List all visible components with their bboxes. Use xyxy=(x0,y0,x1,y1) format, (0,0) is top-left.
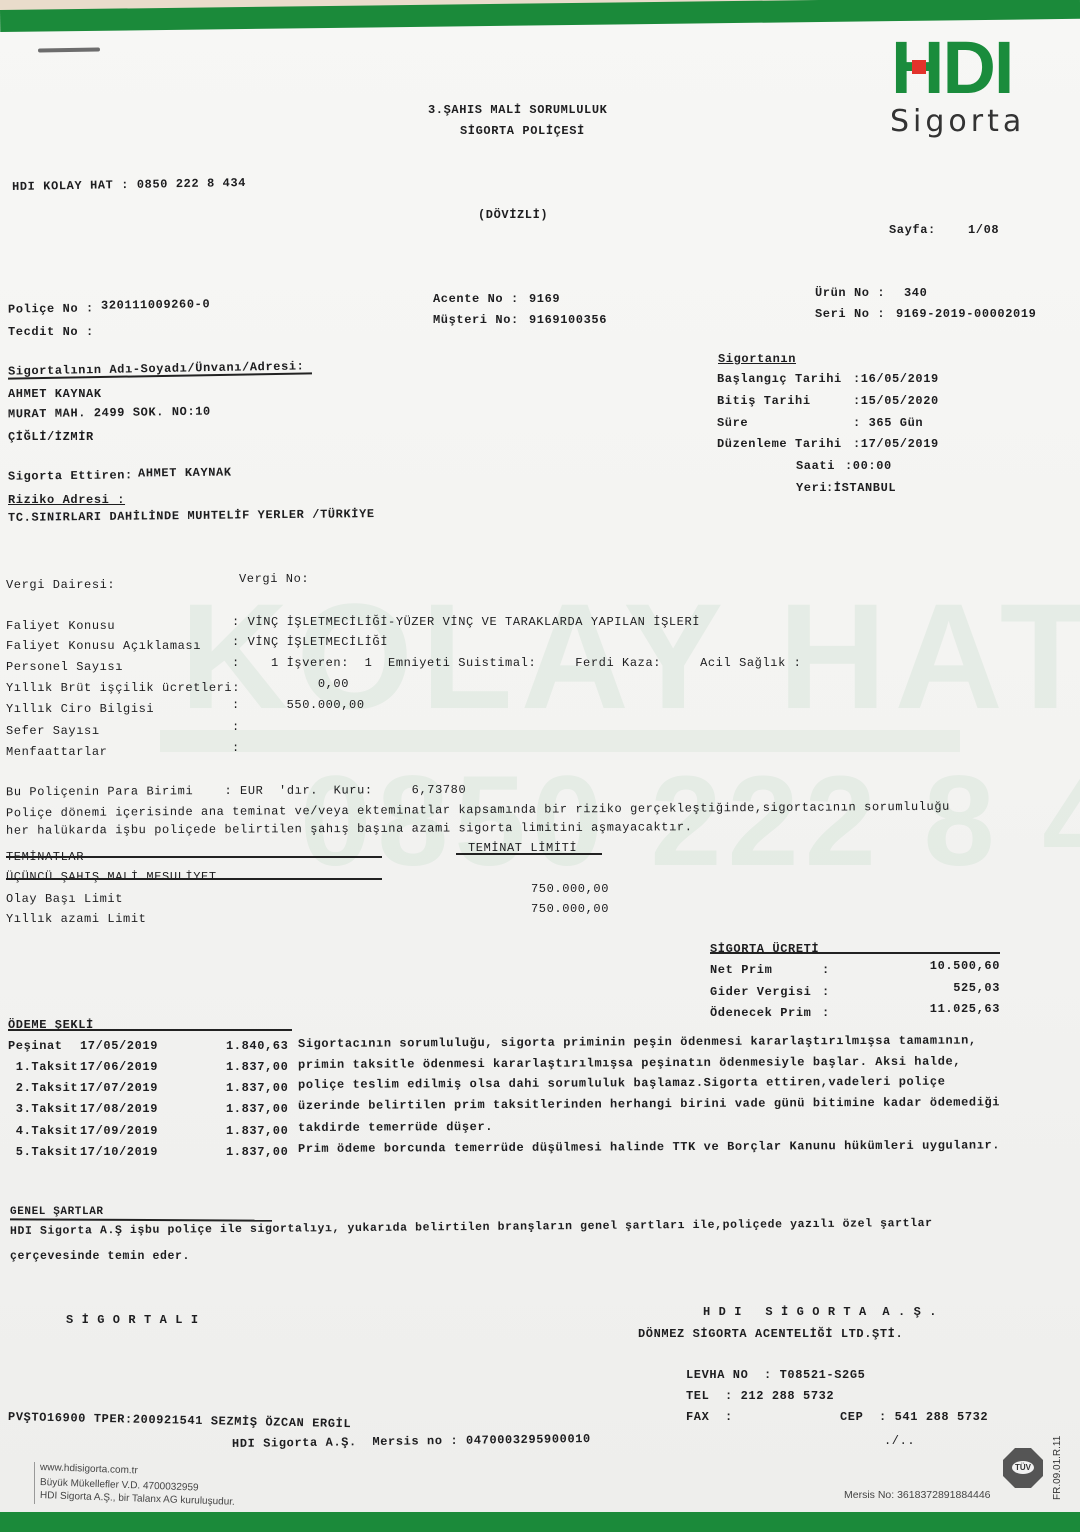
tecdit-no-label: Tecdit No : xyxy=(8,325,94,339)
acente-no: 9169 xyxy=(529,292,560,306)
installment-label: Peşinat xyxy=(8,1039,63,1053)
activity-label: Personel Sayısı xyxy=(6,660,123,674)
urun-no-label: Ürün No : xyxy=(815,286,885,300)
talanx-line: HDI Sigorta A.Ş., bir Talanx AG kuruluşu… xyxy=(40,1490,235,1508)
premium-label: Gider Vergisi xyxy=(710,985,811,999)
premium-value: 525,03 xyxy=(880,981,1000,995)
coverage-value: 750.000,00 xyxy=(531,882,609,896)
activity-value: : 1 İşveren: 1 Emniyeti Suistimal: Ferdi… xyxy=(232,656,802,670)
page-number: 1/08 xyxy=(968,223,999,237)
installment-label: 4.Taksit xyxy=(8,1124,78,1138)
term-value: : 365 Gün xyxy=(853,416,923,430)
insured-address-line2: ÇİĞLİ/İZMİR xyxy=(8,430,94,444)
activity-label: Menfaattarlar xyxy=(6,745,107,759)
dovizli-label: (DÖVİZLİ) xyxy=(478,208,548,222)
activity-value: : 550.000,00 xyxy=(232,698,365,712)
general-terms-line2: çerçevesinde temin eder. xyxy=(10,1250,190,1263)
installment-amount: 1.837,00 xyxy=(226,1060,288,1074)
payment-note: takdirde temerrüde düşer. xyxy=(298,1120,493,1135)
staple-mark xyxy=(38,47,100,52)
installment-date: 17/07/2019 xyxy=(80,1081,158,1095)
installment-label: 5.Taksit xyxy=(8,1145,78,1159)
urun-no: 340 xyxy=(904,286,927,300)
notice-line2: her halükarda işbu poliçede belirtilen ş… xyxy=(6,820,693,838)
installment-amount: 1.837,00 xyxy=(226,1102,288,1116)
acente-no-label: Acente No : xyxy=(433,292,519,306)
hdi-logo: HDI xyxy=(891,38,1012,98)
coverage-heading-line xyxy=(6,856,382,858)
activity-label: Sefer Sayısı xyxy=(6,724,100,738)
payment-note: Sigortacının sorumluluğu, sigorta primin… xyxy=(298,1033,977,1051)
coverage-section-line xyxy=(6,878,382,880)
payment-note: üzerinde belirtilen prim taksitlerinden … xyxy=(298,1095,1000,1113)
installment-date: 17/10/2019 xyxy=(80,1145,158,1159)
police-no-label: Poliçe No : xyxy=(8,301,94,316)
doc-title-line2: SİGORTA POLİÇESİ xyxy=(460,124,585,138)
installment-date: 17/08/2019 xyxy=(80,1102,158,1116)
agency-tel: TEL : 212 288 5732 xyxy=(686,1389,834,1403)
agency-cep: CEP : 541 288 5732 xyxy=(840,1410,988,1424)
payment-note: poliçe teslim edilmiş olsa dahi sorumlul… xyxy=(298,1075,946,1092)
installment-date: 17/05/2019 xyxy=(80,1039,158,1053)
term-label: Yeri xyxy=(796,481,827,495)
installment-label: 2.Taksit xyxy=(8,1081,78,1095)
payment-heading-line xyxy=(8,1029,292,1031)
term-value: :17/05/2019 xyxy=(853,437,939,451)
premium-value: 11.025,63 xyxy=(880,1002,1000,1016)
agent-line: PVŞTO16900 TPER:200921541 SEZMİŞ ÖZCAN E… xyxy=(8,1410,351,1431)
term-label: Saati xyxy=(796,459,835,473)
payment-note: primin taksitle ödenmesi kararlaştırılmı… xyxy=(298,1054,961,1071)
activity-value: 0,00 xyxy=(232,677,349,691)
page-label: Sayfa: xyxy=(889,223,936,237)
kolay-hat: HDI KOLAY HAT : 0850 222 8 434 xyxy=(12,176,246,194)
company-signature: H D I S İ G O R T A A . Ş . xyxy=(703,1305,937,1319)
premium-label: Net Prim xyxy=(710,963,772,977)
activity-value: : VİNÇ İŞLETMECİLİĞİ-YÜZER VİNÇ VE TARAK… xyxy=(232,615,700,629)
term-label: Düzenleme Tarihi xyxy=(717,437,842,451)
watermark-bar xyxy=(160,730,960,752)
mersis-no: Mersis No: 3618372891884446 xyxy=(844,1489,991,1501)
premium-label: Ödenecek Prim xyxy=(710,1006,811,1020)
activity-value: : VİNÇ İŞLETMECİLİĞİ xyxy=(232,635,388,649)
coverage-label: Olay Başı Limit xyxy=(6,892,123,906)
general-terms-line xyxy=(10,1218,272,1221)
agency-name: DÖNMEZ SİGORTA ACENTELİĞİ LTD.ŞTİ. xyxy=(638,1327,903,1341)
hdi-logo-subtitle: Sigorta xyxy=(890,104,1025,139)
activity-value: : xyxy=(232,741,240,755)
installment-date: 17/09/2019 xyxy=(80,1124,158,1138)
activity-label: Yıllık Ciro Bilgisi xyxy=(6,702,154,716)
police-no: 320111009260-0 xyxy=(101,297,210,313)
insured-name: AHMET KAYNAK xyxy=(8,387,102,401)
continued-mark: ./.. xyxy=(884,1434,915,1448)
policy-document: KOLAY HAT 0850 222 8 434 HDI Sigorta 3.Ş… xyxy=(0,0,1080,1532)
term-value: :00:00 xyxy=(845,459,892,473)
coverage-section: ÜÇÜNCÜ ŞAHIŞ MALİ MESULİYET xyxy=(6,870,217,884)
installment-amount: 1.840,63 xyxy=(226,1039,288,1053)
vergi-no-label: Vergi No: xyxy=(239,572,309,586)
activity-value: : xyxy=(232,720,240,734)
riziko-heading: Riziko Adresi : xyxy=(8,493,125,507)
term-value: :İSTANBUL xyxy=(826,481,896,495)
coverage-value: 750.000,00 xyxy=(531,902,609,916)
term-label: Bitiş Tarihi xyxy=(717,394,811,408)
premium-colon: : xyxy=(822,985,830,999)
tuv-certification-icon: TÜV xyxy=(1003,1448,1043,1488)
ettiren-name: AHMET KAYNAK xyxy=(138,466,232,481)
premium-heading-line xyxy=(710,952,1000,954)
footer-divider xyxy=(34,1462,35,1504)
form-code: FR.09.01.R.11 xyxy=(1052,1436,1063,1500)
mersis-line: HDI Sigorta A.Ş. Mersis no : 04700032959… xyxy=(232,1432,591,1451)
currency-line: Bu Poliçenin Para Birimi : EUR 'dır. Kur… xyxy=(6,783,466,799)
installment-amount: 1.837,00 xyxy=(226,1081,288,1095)
term-heading: Sigortanın xyxy=(718,352,796,366)
vergi-dairesi-label: Vergi Dairesi: xyxy=(6,578,115,592)
term-value: :15/05/2020 xyxy=(853,394,939,408)
insured-signature: S İ G O R T A L I xyxy=(66,1313,199,1327)
website: www.hdisigorta.com.tr xyxy=(40,1462,138,1476)
activity-label: Yıllık Brüt işçilik ücretleri: xyxy=(6,681,240,695)
seri-no: 9169-2019-00002019 xyxy=(896,307,1036,321)
insured-address-line1: MURAT MAH. 2499 SOK. NO:10 xyxy=(8,405,211,422)
bottom-green-bar xyxy=(0,1512,1080,1532)
musteri-no-label: Müşteri No: xyxy=(433,313,519,327)
installment-label: 1.Taksit xyxy=(8,1060,78,1074)
levha-no: LEVHA NO : T08521-S2G5 xyxy=(686,1368,865,1382)
payment-note: Prim ödeme borcunda temerrüde düşülmesi … xyxy=(298,1138,1000,1156)
activity-label: Faliyet Konusu Açıklaması xyxy=(6,639,201,653)
term-value: :16/05/2019 xyxy=(853,372,939,386)
notice-line1: Poliçe dönemi içerisinde ana teminat ve/… xyxy=(6,800,950,821)
premium-value: 10.500,60 xyxy=(880,959,1000,973)
premium-heading: SİGORTA ÜCRETİ xyxy=(710,942,819,956)
term-label: Başlangıç Tarihi xyxy=(717,372,842,386)
installment-label: 3.Taksit xyxy=(8,1102,78,1116)
agency-fax: FAX : xyxy=(686,1410,733,1424)
seri-no-label: Seri No : xyxy=(815,307,885,321)
ettiren-label: Sigorta Ettiren: xyxy=(8,468,133,483)
coverage-label: Yıllık azami Limit xyxy=(6,912,146,926)
term-label: Süre xyxy=(717,416,748,430)
general-terms-heading: GENEL ŞARTLAR xyxy=(10,1206,104,1218)
installment-amount: 1.837,00 xyxy=(226,1145,288,1159)
hdi-logo-red-square xyxy=(912,60,926,74)
installment-amount: 1.837,00 xyxy=(226,1124,288,1138)
riziko-address: TC.SINIRLARI DAHİLİNDE MUHTELİF YERLER /… xyxy=(8,507,375,525)
coverage-limit-underline xyxy=(456,853,602,855)
premium-colon: : xyxy=(822,963,830,977)
installment-date: 17/06/2019 xyxy=(80,1060,158,1074)
musteri-no: 9169100356 xyxy=(529,313,607,327)
activity-label: Faliyet Konusu xyxy=(6,619,115,633)
doc-title-line1: 3.ŞAHIS MALİ SORUMLULUK xyxy=(428,103,607,117)
premium-colon: : xyxy=(822,1006,830,1020)
